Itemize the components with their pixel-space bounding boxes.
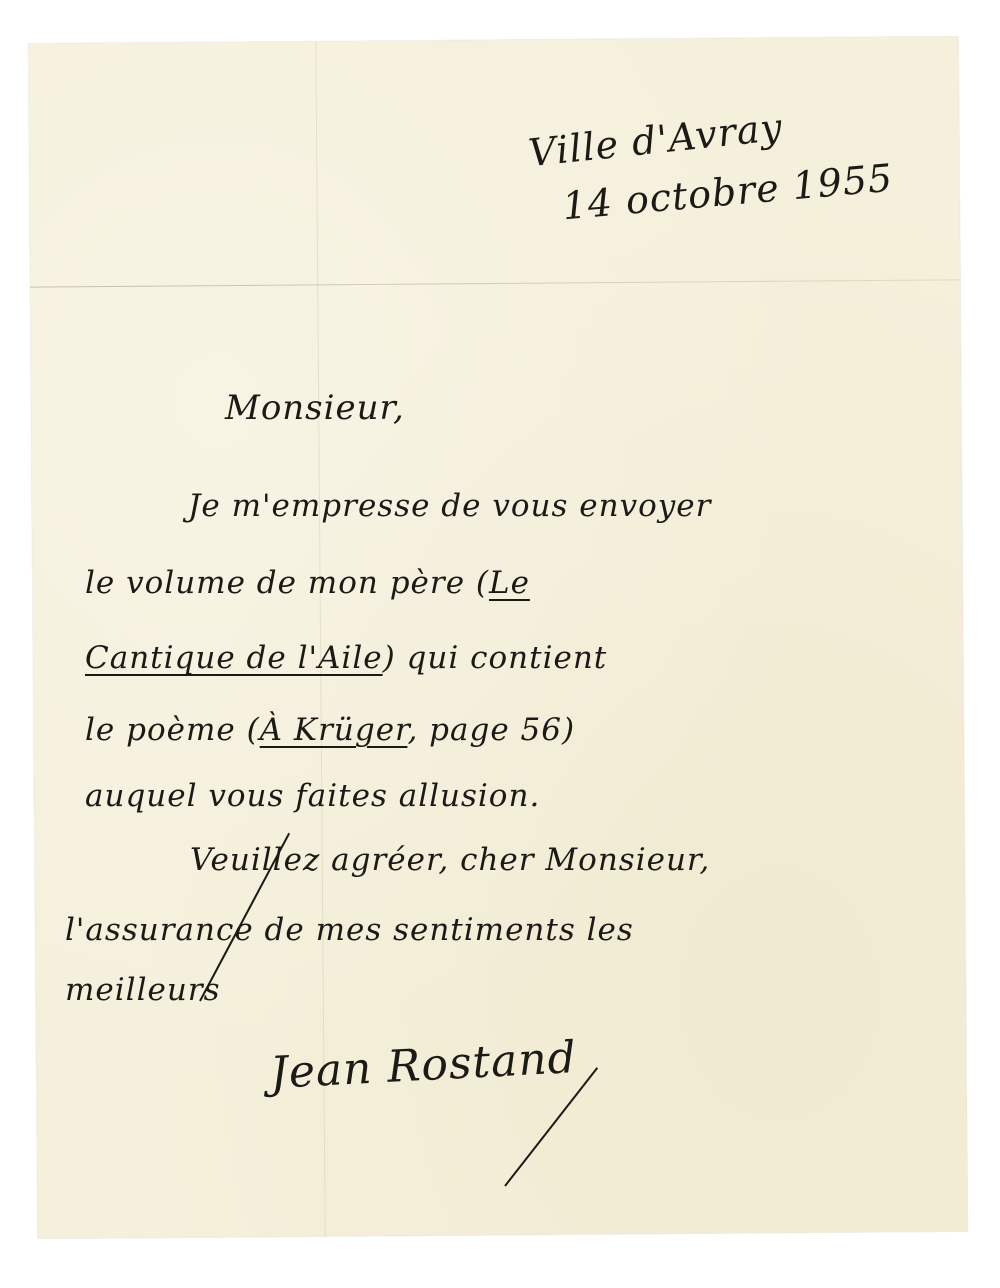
body-line-1: Je m'empresse de vous envoyer [188,488,711,524]
body-line-4: le poème (À Krüger, page 56) [85,712,575,748]
book-title: Cantique de l'Aile [85,640,383,676]
salutation: Monsieur, [225,388,405,428]
body-line-2: le volume de mon père (Le [85,565,530,601]
page-reference: , page 56) [407,712,575,748]
closing-line-2: l'assurance de mes sentiments les [65,912,634,948]
book-title-start: Le [489,565,530,601]
body-line-5: auquel vous faites allusion. [85,778,540,814]
body-line-3-text: ) qui contient [383,640,608,676]
horizontal-fold-line [30,279,960,287]
closing-line-3: meilleurs [65,972,221,1008]
body-line-3: Cantique de l'Aile) qui contient [85,640,607,676]
poem-title: À Krüger [260,712,408,748]
body-line-2-text: le volume de mon père ( [85,565,489,601]
body-line-4-text: le poème ( [85,712,260,748]
